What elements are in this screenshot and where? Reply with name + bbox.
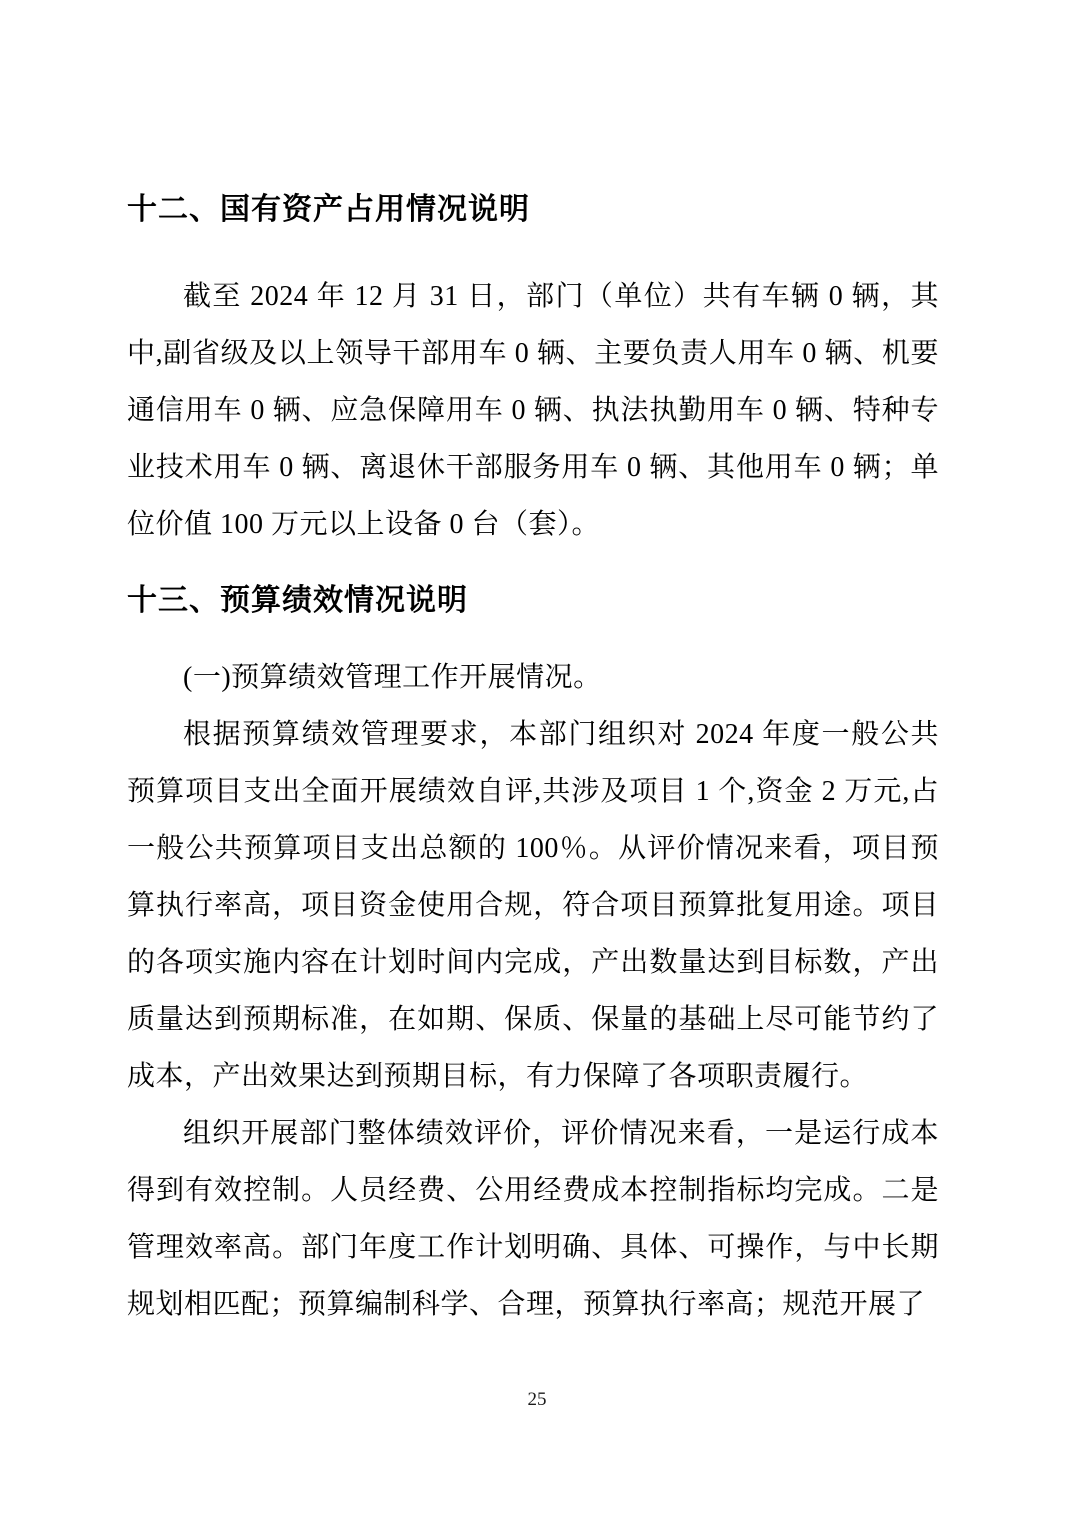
paragraph-performance-intro: (一)预算绩效管理工作开展情况。 <box>127 649 939 706</box>
section-heading-budget-performance: 十三、预算绩效情况说明 <box>127 579 939 623</box>
section-heading-state-assets: 十二、国有资产占用情况说明 <box>127 188 939 232</box>
page-content: 十二、国有资产占用情况说明 截至 2024 年 12 月 31 日，部门（单位）… <box>127 188 939 1333</box>
paragraph-performance-self-evaluation: 根据预算绩效管理要求，本部门组织对 2024 年度一般公共预算项目支出全面开展绩… <box>127 706 939 1105</box>
paragraph-state-assets: 截至 2024 年 12 月 31 日，部门（单位）共有车辆 0 辆，其中,副省… <box>127 268 939 553</box>
page-number: 25 <box>0 1388 1074 1412</box>
paragraph-overall-performance-evaluation: 组织开展部门整体绩效评价，评价情况来看，一是运行成本得到有效控制。人员经费、公用… <box>127 1105 939 1333</box>
document-page: 十二、国有资产占用情况说明 截至 2024 年 12 月 31 日，部门（单位）… <box>0 0 1074 1520</box>
